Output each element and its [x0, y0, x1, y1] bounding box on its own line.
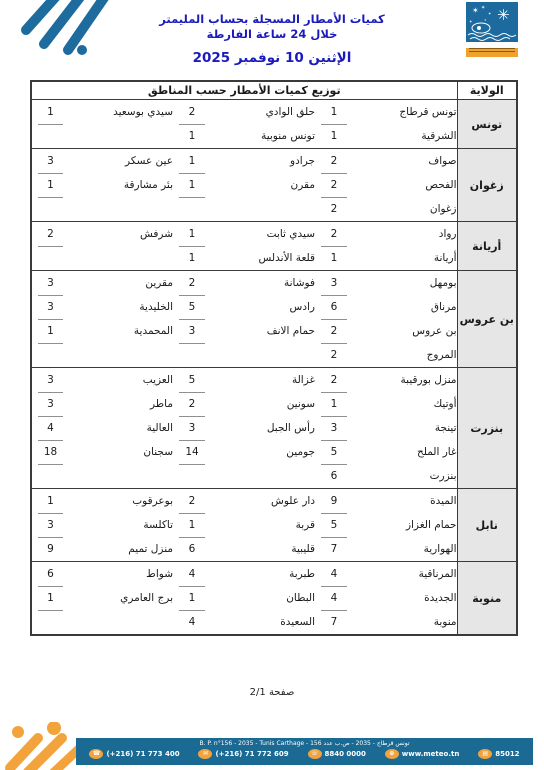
- phone-icon: ☎: [89, 749, 103, 759]
- svg-text:✶: ✶: [488, 11, 491, 16]
- station-cell: شرفش: [69, 222, 173, 247]
- station-cell: [69, 124, 173, 149]
- value-cell: 7: [315, 537, 353, 562]
- table-row: بنزرتمنزل بورقيبة2غزالة5العزيب3: [31, 368, 517, 393]
- value-cell: 5: [173, 368, 211, 393]
- value-cell: 14: [173, 440, 211, 464]
- station-cell: المحمدية: [69, 319, 173, 343]
- value-cell: [173, 464, 211, 489]
- table-row: أريانةرواد2سيدي ثابت1شرفش2: [31, 222, 517, 247]
- station-cell: عين عسكر: [69, 149, 173, 174]
- rainfall-table: الولاية توزيع كميات الأمطار حسب المناطق …: [30, 80, 518, 636]
- value-cell: 1: [173, 222, 211, 247]
- contact-callcenter-text: 8840 0000: [325, 750, 366, 758]
- table-header-row: الولاية توزيع كميات الأمطار حسب المناطق: [31, 81, 517, 100]
- value-cell: 1: [31, 489, 69, 514]
- station-cell: أريانة: [353, 246, 457, 271]
- value-cell: 3: [173, 416, 211, 440]
- table-row: الفحص2مقرن1بئر مشارقة1: [31, 173, 517, 197]
- station-cell: جومين: [211, 440, 315, 464]
- value-cell: 1: [173, 513, 211, 537]
- value-cell: 6: [173, 537, 211, 562]
- table-row: حمام الغزاز5قربة1تاكلسة3: [31, 513, 517, 537]
- station-cell: تينجة: [353, 416, 457, 440]
- meteo-institute-logo: ✶ ✶ ✶ ✶ ✶ ✳: [466, 2, 518, 57]
- contact-website-text: www.meteo.tn: [402, 750, 460, 758]
- contact-phone-text: (+216) 71 773 400: [106, 750, 179, 758]
- station-cell: العالية: [69, 416, 173, 440]
- footer-contacts: ☎ (+216) 71 773 400 ✉ (+216) 71 772 609 …: [76, 749, 533, 759]
- footer-address: B. P. n°156 - 2035 - Tunis Carthage - تو…: [76, 738, 533, 747]
- station-cell: المرناقية: [353, 562, 457, 587]
- contact-callcenter: ☏ 8840 0000: [308, 749, 366, 759]
- wilaya-cell: نابل: [457, 489, 517, 562]
- station-cell: منوبة: [353, 610, 457, 635]
- fax-icon: ✉: [198, 749, 212, 759]
- station-cell: تونس قرطاج: [353, 100, 457, 125]
- table-row: بن عروسبومهل3فوشانة2مقرين3: [31, 271, 517, 296]
- station-cell: سجنان: [69, 440, 173, 464]
- logo-banner: [466, 48, 518, 57]
- station-cell: الفحص: [353, 173, 457, 197]
- value-cell: 2: [315, 343, 353, 368]
- station-cell: بنزرت: [353, 464, 457, 489]
- value-cell: 3: [31, 513, 69, 537]
- table-row: المروج2: [31, 343, 517, 368]
- station-cell: زغوان: [353, 197, 457, 222]
- station-cell: بوعرقوب: [69, 489, 173, 514]
- station-cell: بن عروس: [353, 319, 457, 343]
- table-row: الهوارية7قليبية6منزل تميم9: [31, 537, 517, 562]
- station-cell: [69, 197, 173, 222]
- station-cell: [211, 197, 315, 222]
- svg-text:✶: ✶: [472, 6, 479, 15]
- table-row: زغوانصواف2جرادو1عين عسكر3: [31, 149, 517, 174]
- value-cell: 5: [315, 513, 353, 537]
- value-cell: 2: [173, 392, 211, 416]
- station-cell: برج العامري: [69, 586, 173, 610]
- sms-icon: ▤: [478, 749, 492, 759]
- station-cell: بئر مشارقة: [69, 173, 173, 197]
- value-cell: 2: [315, 368, 353, 393]
- svg-text:✶: ✶: [484, 18, 487, 22]
- svg-text:✶: ✶: [481, 5, 485, 11]
- station-cell: [211, 343, 315, 368]
- report-title-line1: كميات الأمطار المسجلة بحساب المليمتر: [0, 12, 544, 27]
- table-row: أوتيك1سونين2ماطر3: [31, 392, 517, 416]
- station-cell: حمام الانف: [211, 319, 315, 343]
- station-cell: منزل تميم: [69, 537, 173, 562]
- station-cell: ماطر: [69, 392, 173, 416]
- value-cell: 9: [31, 537, 69, 562]
- wilaya-cell: بن عروس: [457, 271, 517, 368]
- station-cell: صواف: [353, 149, 457, 174]
- value-cell: 3: [31, 295, 69, 319]
- contact-fax: ✉ (+216) 71 772 609: [198, 749, 288, 759]
- station-cell: حلق الوادي: [211, 100, 315, 125]
- wilaya-cell: بنزرت: [457, 368, 517, 489]
- value-cell: [173, 197, 211, 222]
- value-cell: 5: [173, 295, 211, 319]
- value-cell: 2: [173, 489, 211, 514]
- station-cell: منزل بورقيبة: [353, 368, 457, 393]
- value-cell: 3: [31, 149, 69, 174]
- station-cell: سونين: [211, 392, 315, 416]
- report-page: { "header": { "title_line1": "كميات الأم…: [0, 0, 544, 770]
- value-cell: [31, 464, 69, 489]
- station-cell: تونس منوبية: [211, 124, 315, 149]
- station-cell: المروج: [353, 343, 457, 368]
- value-cell: 3: [31, 368, 69, 393]
- value-cell: [31, 610, 69, 635]
- station-cell: فوشانة: [211, 271, 315, 296]
- station-cell: رادس: [211, 295, 315, 319]
- page-number: صفحة 2/1: [0, 687, 544, 698]
- rainfall-table-body: تونستونس قرطاج1حلق الوادي2سيدي بوسعيد1ال…: [31, 100, 517, 636]
- contact-sms-text: 85012: [495, 750, 519, 758]
- contact-website[interactable]: ⊕ www.meteo.tn: [385, 749, 460, 759]
- value-cell: 1: [31, 100, 69, 125]
- contact-sms: ▤ 85012: [478, 749, 519, 759]
- value-cell: [173, 343, 211, 368]
- station-cell: [69, 610, 173, 635]
- station-cell: السعيدة: [211, 610, 315, 635]
- table-row: تينجة3رأس الجبل3العالية4: [31, 416, 517, 440]
- station-cell: سيدي بوسعيد: [69, 100, 173, 125]
- wilaya-cell: زغوان: [457, 149, 517, 222]
- station-cell: الهوارية: [353, 537, 457, 562]
- value-cell: 6: [315, 295, 353, 319]
- value-cell: 6: [31, 562, 69, 587]
- value-cell: 1: [173, 149, 211, 174]
- report-title-line2: خلال 24 ساعة الفارطة: [0, 27, 544, 42]
- station-cell: مقرين: [69, 271, 173, 296]
- table-row: زغوان2: [31, 197, 517, 222]
- station-cell: جرادو: [211, 149, 315, 174]
- value-cell: 1: [315, 392, 353, 416]
- station-cell: العزيب: [69, 368, 173, 393]
- station-cell: شواط: [69, 562, 173, 587]
- value-cell: 9: [315, 489, 353, 514]
- value-cell: 1: [315, 124, 353, 149]
- station-cell: البطان: [211, 586, 315, 610]
- station-cell: الميدة: [353, 489, 457, 514]
- station-cell: سيدي ثابت: [211, 222, 315, 247]
- table-row: مرناق6رادس5الخليدية3: [31, 295, 517, 319]
- value-cell: 2: [315, 222, 353, 247]
- value-cell: 1: [31, 319, 69, 343]
- value-cell: 2: [315, 197, 353, 222]
- value-cell: 18: [31, 440, 69, 464]
- value-cell: 7: [315, 610, 353, 635]
- table-row: أريانة1قلعة الأندلس1: [31, 246, 517, 271]
- contact-fax-text: (+216) 71 772 609: [215, 750, 288, 758]
- station-cell: غار الملح: [353, 440, 457, 464]
- wilaya-column-header: الولاية: [457, 81, 517, 100]
- globe-icon: ⊕: [385, 749, 399, 759]
- value-cell: 2: [315, 149, 353, 174]
- value-cell: 3: [173, 319, 211, 343]
- station-cell: قربة: [211, 513, 315, 537]
- station-cell: مرناق: [353, 295, 457, 319]
- station-cell: طبربة: [211, 562, 315, 587]
- value-cell: 1: [173, 246, 211, 271]
- station-cell: [69, 464, 173, 489]
- value-cell: [31, 124, 69, 149]
- value-cell: 1: [173, 586, 211, 610]
- value-cell: [31, 246, 69, 271]
- value-cell: 2: [173, 271, 211, 296]
- value-cell: 2: [315, 173, 353, 197]
- table-row: الجديدة4البطان1برج العامري1: [31, 586, 517, 610]
- station-cell: [69, 246, 173, 271]
- table-row: منوبة7السعيدة4: [31, 610, 517, 635]
- value-cell: 4: [173, 610, 211, 635]
- station-cell: [69, 343, 173, 368]
- report-date: الإثنين 10 نوفمبر 2025: [0, 50, 544, 66]
- value-cell: 1: [315, 100, 353, 125]
- station-cell: غزالة: [211, 368, 315, 393]
- table-row: الشرقية1تونس منوبية1: [31, 124, 517, 149]
- value-cell: 4: [315, 586, 353, 610]
- meteo-emblem-icon: ✶ ✶ ✶ ✶ ✶ ✳: [466, 2, 518, 42]
- value-cell: 1: [173, 173, 211, 197]
- table-row: بن عروس2حمام الانف3المحمدية1: [31, 319, 517, 343]
- distribution-column-header: توزيع كميات الأمطار حسب المناطق: [31, 81, 457, 100]
- value-cell: 2: [173, 100, 211, 125]
- table-row: تونستونس قرطاج1حلق الوادي2سيدي بوسعيد1: [31, 100, 517, 125]
- wilaya-cell: منوبة: [457, 562, 517, 636]
- callcenter-icon: ☏: [308, 749, 322, 759]
- contact-phone: ☎ (+216) 71 773 400: [89, 749, 179, 759]
- wilaya-cell: أريانة: [457, 222, 517, 271]
- value-cell: 1: [31, 173, 69, 197]
- station-cell: الخليدية: [69, 295, 173, 319]
- value-cell: 5: [315, 440, 353, 464]
- table-row: بنزرت6: [31, 464, 517, 489]
- station-cell: أوتيك: [353, 392, 457, 416]
- value-cell: 3: [315, 271, 353, 296]
- station-cell: [211, 464, 315, 489]
- svg-text:✳: ✳: [497, 6, 510, 24]
- value-cell: 3: [31, 271, 69, 296]
- value-cell: [31, 343, 69, 368]
- station-cell: دار علوش: [211, 489, 315, 514]
- station-cell: حمام الغزاز: [353, 513, 457, 537]
- station-cell: قليبية: [211, 537, 315, 562]
- value-cell: 3: [31, 392, 69, 416]
- footer-bar: B. P. n°156 - 2035 - Tunis Carthage - تو…: [76, 738, 533, 765]
- station-cell: قلعة الأندلس: [211, 246, 315, 271]
- station-cell: بومهل: [353, 271, 457, 296]
- svg-text:✶: ✶: [469, 19, 472, 24]
- table-row: غار الملح5جومين14سجنان18: [31, 440, 517, 464]
- value-cell: 2: [315, 319, 353, 343]
- wilaya-cell: تونس: [457, 100, 517, 149]
- value-cell: 1: [315, 246, 353, 271]
- table-row: نابلالميدة9دار علوش2بوعرقوب1: [31, 489, 517, 514]
- station-cell: تاكلسة: [69, 513, 173, 537]
- value-cell: 1: [31, 586, 69, 610]
- value-cell: 3: [315, 416, 353, 440]
- station-cell: الجديدة: [353, 586, 457, 610]
- station-cell: الشرقية: [353, 124, 457, 149]
- value-cell: 4: [173, 562, 211, 587]
- value-cell: 6: [315, 464, 353, 489]
- table-row: منوبةالمرناقية4طبربة4شواط6: [31, 562, 517, 587]
- value-cell: [31, 197, 69, 222]
- value-cell: 4: [315, 562, 353, 587]
- value-cell: 2: [31, 222, 69, 247]
- station-cell: مقرن: [211, 173, 315, 197]
- value-cell: 1: [173, 124, 211, 149]
- station-cell: رأس الجبل: [211, 416, 315, 440]
- value-cell: 4: [31, 416, 69, 440]
- report-header: كميات الأمطار المسجلة بحساب المليمتر خلا…: [0, 12, 544, 66]
- station-cell: رواد: [353, 222, 457, 247]
